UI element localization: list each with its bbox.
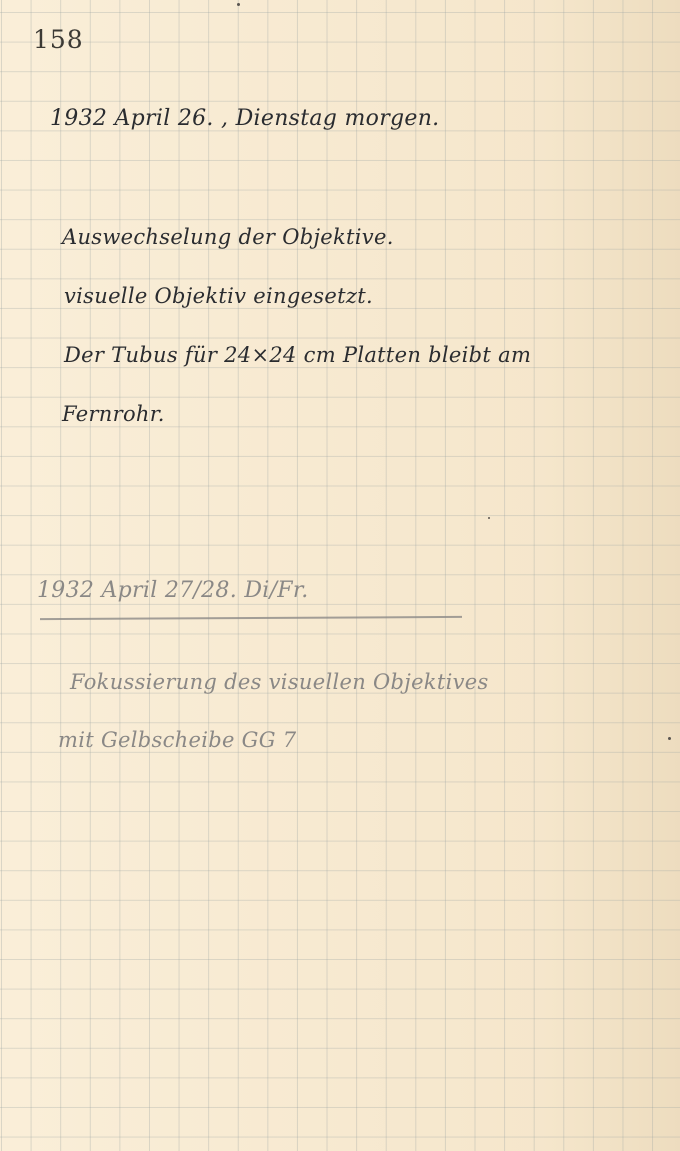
page-number: 158 [33, 25, 84, 54]
entry-2-line-1: Fokussierung des visuellen Objektives [70, 670, 489, 694]
paper-speck [668, 737, 671, 740]
entry-1-line-4: Fernrohr. [62, 402, 165, 426]
entry-2-heading: 1932 April 27/28. Di/Fr. [37, 578, 309, 603]
notebook-page: 158 1932 April 26. , Dienstag morgen. Au… [0, 0, 680, 1151]
entry-1-line-3: Der Tubus für 24×24 cm Platten bleibt am [64, 343, 531, 367]
entry-1-line-2: visuelle Objektiv eingesetzt. [64, 284, 373, 308]
paper-speck [488, 517, 490, 519]
paper-speck [237, 3, 240, 6]
heading-underline [40, 616, 462, 620]
entry-1-line-1: Auswechselung der Objektive. [62, 225, 394, 249]
entry-2-line-2: mit Gelbscheibe GG 7 [58, 728, 296, 752]
entry-1-heading: 1932 April 26. , Dienstag morgen. [50, 106, 439, 131]
